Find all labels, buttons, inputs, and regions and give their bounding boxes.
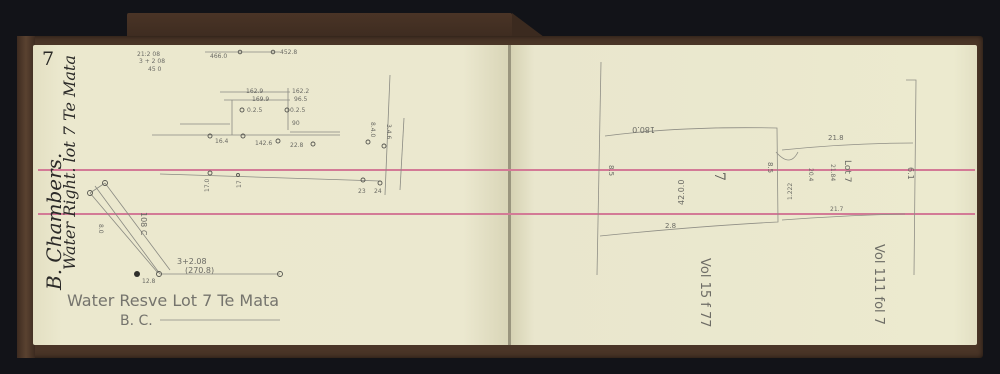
plan-bottom-label: 2.8 xyxy=(665,222,676,230)
plan-far-right: 6.1 xyxy=(906,167,915,180)
plan-top-label: 180.0 xyxy=(632,125,655,134)
plan-lot-number: 7 xyxy=(711,172,727,181)
plan-r-a: 20.4 xyxy=(807,168,814,181)
volume-ref-right: Vol 111 fol 7 xyxy=(871,244,886,325)
image-viewer: 7 B. Chambers. Water Right. lot 7 Te Mat… xyxy=(0,0,1000,374)
plan-r-lot: Lot 7 xyxy=(842,160,852,182)
plan-r-bottom: 21.7 xyxy=(830,206,843,213)
plan-r-top: 21.8 xyxy=(828,134,844,142)
right-lot-plan xyxy=(0,0,1000,374)
plan-r-b: 21.84 xyxy=(829,164,836,181)
volume-ref-left: Vol 15 f 77 xyxy=(697,258,712,328)
plan-left-side: 8.5 xyxy=(607,165,615,176)
plan-center-dim: 42.0.0 xyxy=(677,180,686,205)
plan-inner-right: 8.5 xyxy=(766,162,774,173)
plan-chain: 1.222 xyxy=(787,183,794,200)
